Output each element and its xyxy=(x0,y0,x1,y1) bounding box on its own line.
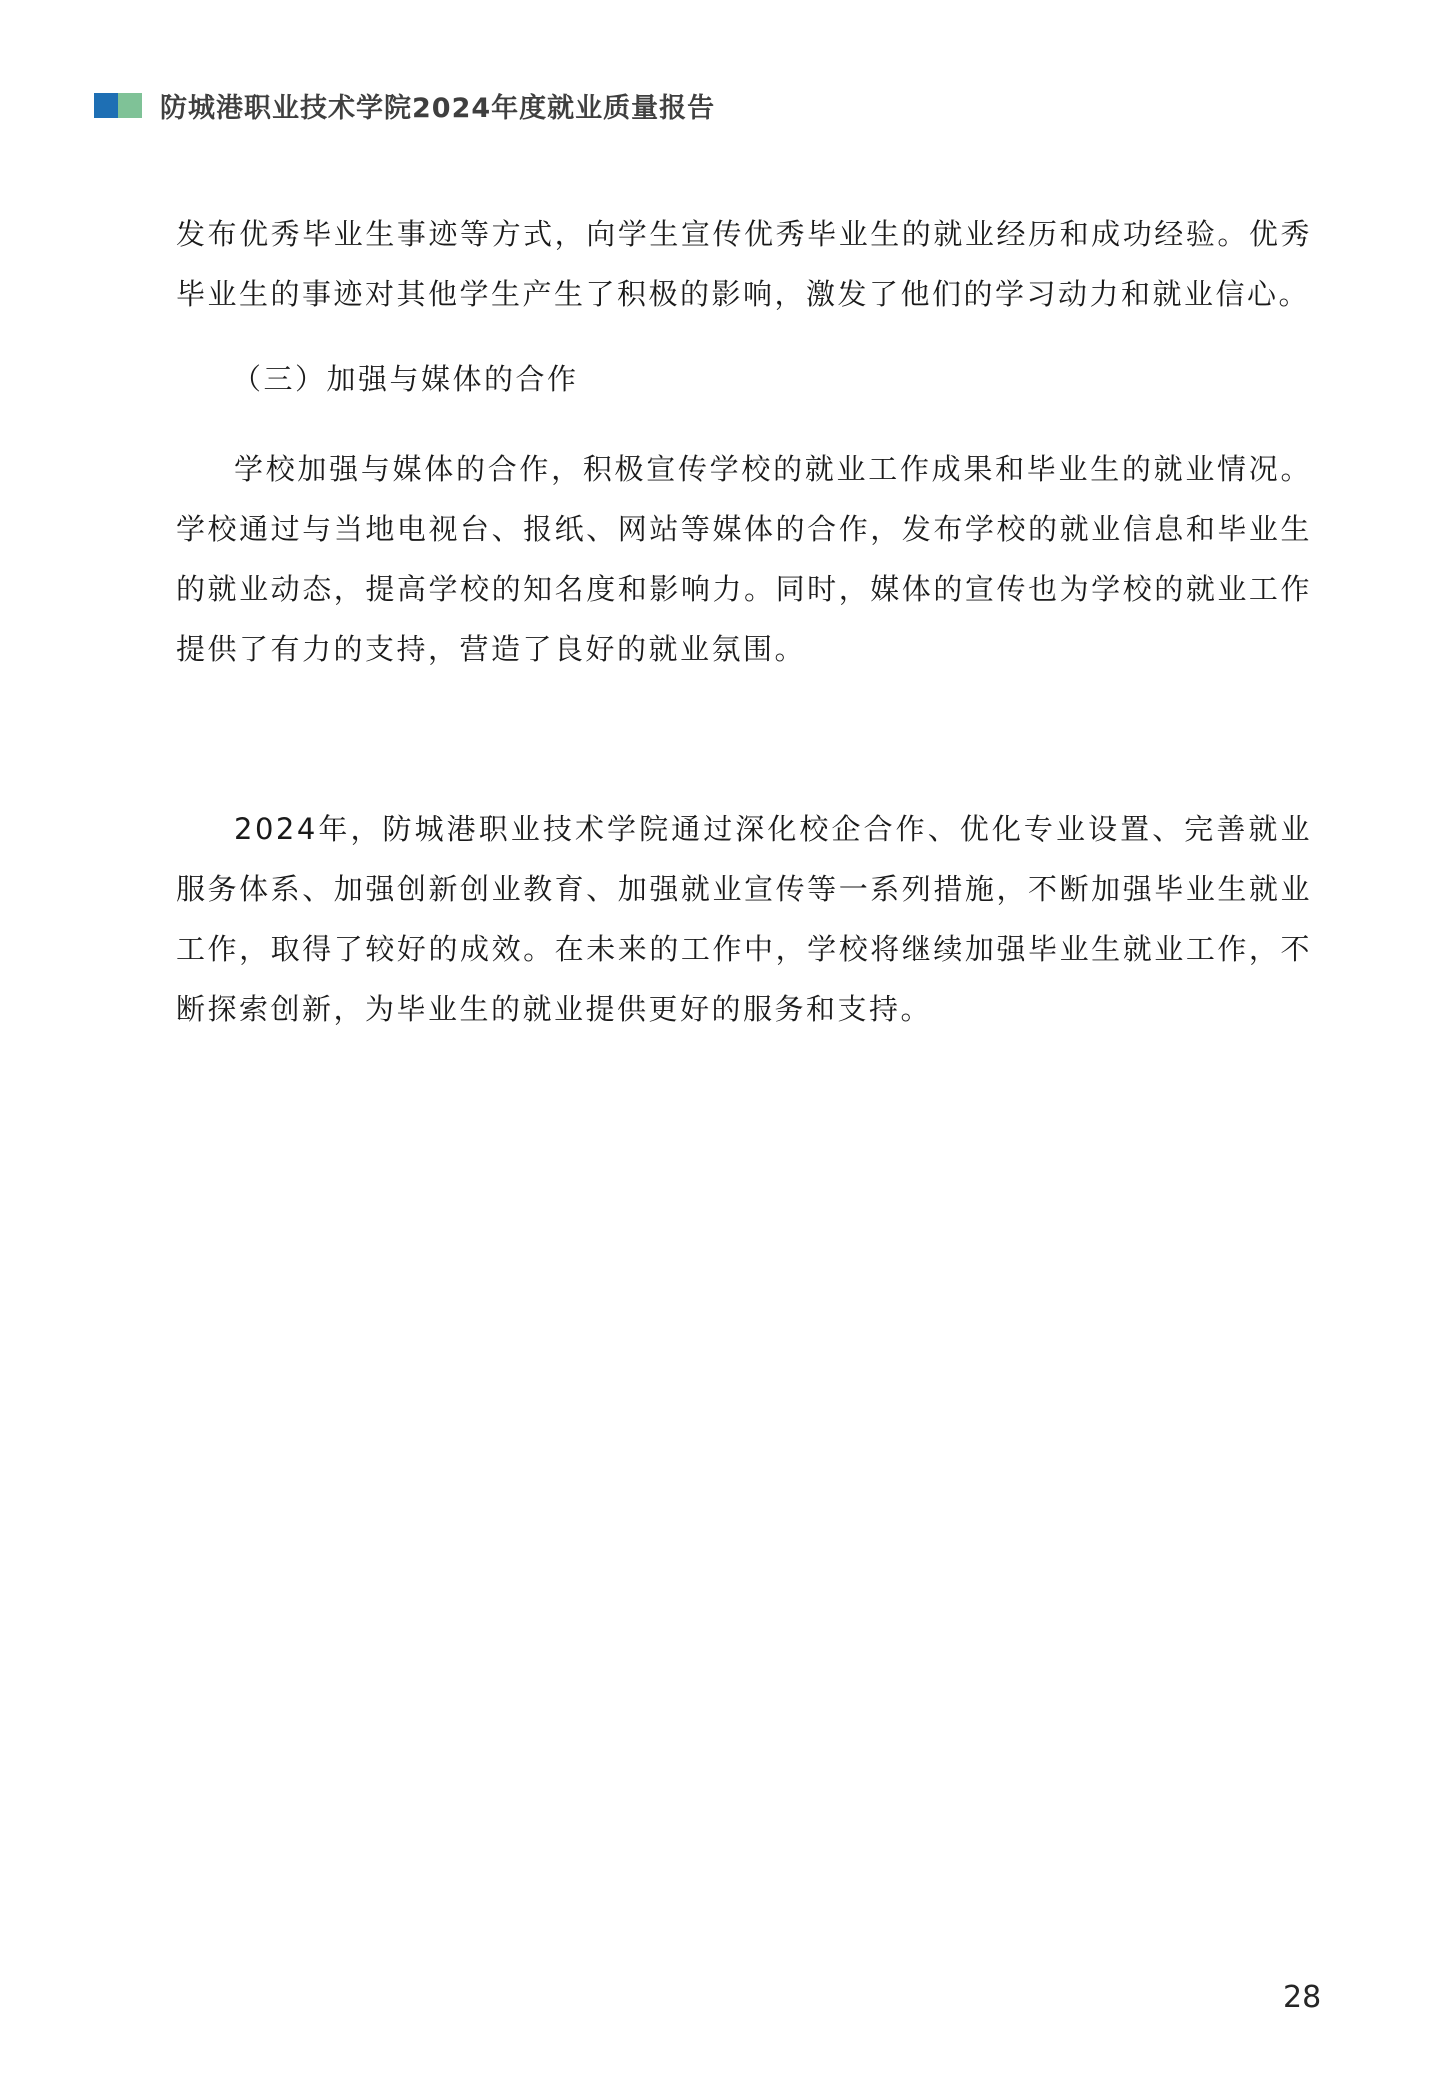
report-header-title: 防城港职业技术学院2024年度就业质量报告 xyxy=(160,86,715,125)
page-number: 28 xyxy=(1283,1980,1321,2015)
document-body: 发布优秀毕业生事迹等方式，向学生宣传优秀毕业生的就业经历和成功经验。优秀毕业生的… xyxy=(176,204,1312,1039)
section-heading-media-cooperation: （三）加强与媒体的合作 xyxy=(176,349,1312,409)
paragraph-media-cooperation: 学校加强与媒体的合作，积极宣传学校的就业工作成果和毕业生的就业情况。学校通过与当… xyxy=(176,439,1312,679)
green-accent-square xyxy=(118,93,142,118)
header-accent-squares xyxy=(94,93,142,118)
page-header: 防城港职业技术学院2024年度就业质量报告 xyxy=(94,86,715,125)
paragraph-summary-2024: 2024年，防城港职业技术学院通过深化校企合作、优化专业设置、完善就业服务体系、… xyxy=(176,799,1312,1039)
paragraph-employment-stories: 发布优秀毕业生事迹等方式，向学生宣传优秀毕业生的就业经历和成功经验。优秀毕业生的… xyxy=(176,204,1312,324)
report-page: 防城港职业技术学院2024年度就业质量报告 发布优秀毕业生事迹等方式，向学生宣传… xyxy=(0,0,1440,2080)
blue-accent-square xyxy=(94,93,118,118)
